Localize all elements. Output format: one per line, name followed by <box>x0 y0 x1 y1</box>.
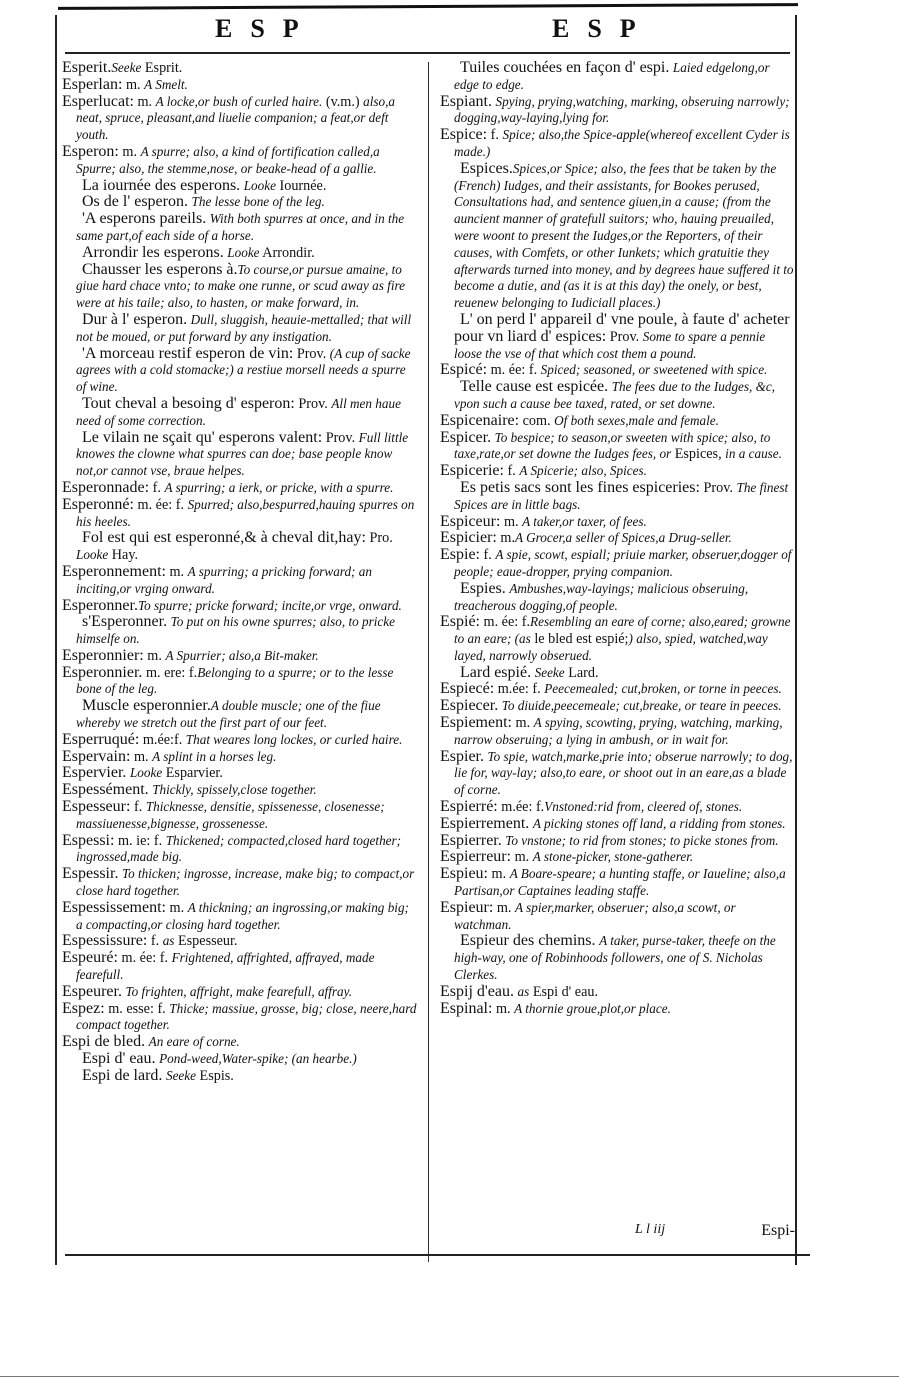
grammar: m. <box>497 530 515 546</box>
headword: s'Esperonner. <box>82 613 167 630</box>
gloss: To diuide,peecemeale; cut,breake, or tea… <box>502 698 782 713</box>
grammar: m. <box>493 900 515 916</box>
gloss: A spie, scowt, espiall; priuie marker, o… <box>454 547 791 579</box>
headword: Chausser les esperons à. <box>82 261 238 278</box>
headword: Telle cause est espicée. <box>460 378 608 395</box>
gloss: Pond-weed,Water-spike; (an hearbe.) <box>159 1051 357 1066</box>
dictionary-entry: Espessissement: m. A thickning; an ingro… <box>62 900 417 934</box>
headword: Muscle esperonnier. <box>82 697 211 714</box>
dictionary-entry: Espicenaire: com. Of both sexes,male and… <box>440 413 795 430</box>
gloss: Looke <box>76 547 108 562</box>
dictionary-entry: Espeurer. To frighten, affright, make fe… <box>62 984 417 1001</box>
crossref: Espis. <box>196 1068 234 1084</box>
gloss: Thickly, spissely,close together. <box>152 782 316 797</box>
headword: Espiement: <box>440 714 512 731</box>
crossref: Iournée. <box>276 178 326 194</box>
dictionary-entry: Espie: f. A spie, scowt, espiall; priuie… <box>440 547 795 581</box>
grammar: m. <box>122 77 144 93</box>
dictionary-entry: Espiecé: m.ée: f. Peecemealed; cut,broke… <box>440 681 795 698</box>
gloss: To spie, watch,marke,prie into; obserue … <box>454 749 792 798</box>
grammar: f. <box>504 463 519 479</box>
dictionary-entry: Esperlucat: m. A locke,or bush of curled… <box>62 94 417 144</box>
catchword: Espi- <box>761 1222 795 1240</box>
dictionary-entry: Le vilain ne sçait qu' esperons valent: … <box>62 430 417 480</box>
headword: Espicier: <box>440 529 497 546</box>
dictionary-entry: Espicé: m. ée: f. Spiced; seasoned, or s… <box>440 362 795 379</box>
gloss: A Spurrier; also,a Bit-maker. <box>165 648 318 663</box>
dictionary-entry: Fol est qui est esperonné,& à cheval dit… <box>62 530 417 564</box>
grammar: m. ée: f. <box>480 614 530 630</box>
headword: Espicé: <box>440 361 487 378</box>
grammar: Pro. <box>366 530 393 546</box>
headword: Espessi: <box>62 832 114 849</box>
signature-mark: L l iij <box>635 1222 665 1238</box>
gloss: A Grocer,a seller of Spices,a Drug-selle… <box>515 530 732 545</box>
headword: Le vilain ne sçait qu' esperons valent: <box>82 429 322 446</box>
grammar: m. <box>119 144 141 160</box>
headword: Espieur: <box>440 899 493 916</box>
headword: Espieu: <box>440 865 488 882</box>
headword: Espiceur: <box>440 513 500 530</box>
gloss: Spiced; seasoned, or sweetened with spic… <box>541 362 768 377</box>
headword: Esperit. <box>62 59 111 76</box>
grammar: m. <box>134 94 156 110</box>
dictionary-entry: Espicier: m.A Grocer,a seller of Spices,… <box>440 530 795 547</box>
crossref: Espesseur. <box>174 933 237 949</box>
headword: Espierrement. <box>440 815 529 832</box>
dictionary-entry: Espi d' eau. Pond-weed,Water-spike; (an … <box>62 1051 417 1068</box>
dictionary-entry: Arrondir les esperons. Looke Arrondir. <box>62 245 417 262</box>
grammar: m. esse: f. <box>105 1001 170 1017</box>
headword: Espicenaire: <box>440 412 519 429</box>
gloss: Spices,or Spice; also, the fees that be … <box>454 161 794 310</box>
grammar: m. <box>500 514 522 530</box>
gloss: Looke <box>227 245 259 260</box>
dictionary-entry: Espiceur: m. A taker,or taxer, of fees. <box>440 514 795 531</box>
grammar: m. ie: f. <box>114 833 165 849</box>
headword: Espiant. <box>440 93 492 110</box>
dictionary-entry: Esperlan: m. A Smelt. <box>62 77 417 94</box>
gloss: Spice; also,the Spice-apple(whereof exce… <box>454 127 790 159</box>
dictionary-entry: Tout cheval a besoing d' esperon: Prov. … <box>62 396 417 430</box>
grammar: m. <box>166 900 188 916</box>
gloss: To thicken; ingrosse, increase, make big… <box>76 866 414 898</box>
gloss: To vnstone; to rid from stones; to picke… <box>505 833 778 848</box>
gloss: Seeke <box>166 1068 196 1083</box>
headword: Espeurer. <box>62 983 122 1000</box>
gloss: Seeke <box>111 60 141 75</box>
dictionary-entry: Espice: f. Spice; also,the Spice-apple(w… <box>440 127 795 161</box>
right-column: Tuiles couchées en façon d' espi. Laied … <box>440 60 795 1017</box>
gloss: Vnstoned:rid from, cleered of, stones. <box>544 799 742 814</box>
headword: Espierrer. <box>440 832 502 849</box>
gloss: as <box>518 984 530 999</box>
headword: Esperlucat: <box>62 93 134 110</box>
headword: Espessissure: <box>62 932 147 949</box>
crossref: Esprit. <box>141 60 182 76</box>
dictionary-entry: L' on perd l' appareil d' vne poule, à f… <box>440 312 795 362</box>
crossref: le bled est espié; <box>531 631 629 647</box>
grammar: Prov. <box>606 329 643 345</box>
headword: Espies. <box>460 580 506 597</box>
grammar: Prov. <box>295 396 332 412</box>
headword: Espessément. <box>62 781 149 798</box>
grammar: f. <box>149 480 164 496</box>
dictionary-entry: Muscle esperonnier.A double muscle; one … <box>62 698 417 732</box>
grammar: m. ée: f. <box>134 497 188 513</box>
grammar: Prov. <box>293 346 330 362</box>
grammar: com. <box>519 413 554 429</box>
headword: Espicer. <box>440 429 491 446</box>
headword: Espi de lard. <box>82 1067 162 1084</box>
headword: Espesseur: <box>62 798 130 815</box>
gloss: Looke <box>244 178 276 193</box>
gloss-cont: in a cause. <box>725 446 782 461</box>
dictionary-entry: Esperon: m. A spurre; also, a kind of fo… <box>62 144 417 178</box>
grammar: f. <box>480 547 495 563</box>
headword: Os de l' esperon. <box>82 193 188 210</box>
dictionary-entry: Chausser les esperons à.To course,or pur… <box>62 262 417 312</box>
gloss: A splint in a horses leg. <box>152 749 276 764</box>
dictionary-entry: Dur à l' esperon. Dull, sluggish, heauie… <box>62 312 417 346</box>
dictionary-entry: La iournée des esperons. Looke Iournée. <box>62 178 417 195</box>
dictionary-entry: Tuiles couchées en façon d' espi. Laied … <box>440 60 795 94</box>
dictionary-entry: Esperit.Seeke Esprit. <box>62 60 417 77</box>
dictionary-entry: Esperonnier: m. A Spurrier; also,a Bit-m… <box>62 648 417 665</box>
grammar: Prov. <box>700 480 737 496</box>
gloss: A spurring; a ierk, or pricke, with a sp… <box>164 480 393 495</box>
crossref: Lard. <box>565 665 599 681</box>
grammar: m. <box>492 1001 514 1017</box>
gloss: Spying, prying,watching, marking, obseru… <box>454 94 790 126</box>
gloss: A Smelt. <box>144 77 188 92</box>
gloss: A locke,or bush of curled haire. <box>156 94 323 109</box>
headword: Esperon: <box>62 143 119 160</box>
headword: Dur à l' esperon. <box>82 311 187 328</box>
dictionary-entry: Telle cause est espicée. The fees due to… <box>440 379 795 413</box>
dictionary-entry: Es petis sacs sont les fines espiceries:… <box>440 480 795 514</box>
headword: Tout cheval a besoing d' esperon: <box>82 395 295 412</box>
header-rule <box>65 52 790 54</box>
headword: Espié: <box>440 613 480 630</box>
headword: Esperonnier. <box>62 664 142 681</box>
crossref: Esparvier. <box>162 765 223 781</box>
grammar: Prov. <box>322 430 359 446</box>
page-edge <box>0 1376 899 1377</box>
grammar: m. <box>130 749 152 765</box>
headword: Espessir. <box>62 865 118 882</box>
top-rule <box>58 3 798 10</box>
dictionary-entry: Espié: m. ée: f.Resembling an eare of co… <box>440 614 795 664</box>
grammar: m. <box>166 564 188 580</box>
gloss: The lesse bone of the leg. <box>192 194 325 209</box>
crossref: Espi d' eau. <box>529 984 598 1000</box>
gloss: Looke <box>130 765 162 780</box>
dictionary-entry: Espierré: m.ée: f.Vnstoned:rid from, cle… <box>440 799 795 816</box>
gloss: A stone-picker, stone-gatherer. <box>533 849 693 864</box>
running-head-right: ESP <box>552 14 654 44</box>
dictionary-entry: s'Esperonner. To put on his owne spurres… <box>62 614 417 648</box>
headword: Espi de bled. <box>62 1033 145 1050</box>
dictionary-entry: Esperonnade: f. A spurring; a ierk, or p… <box>62 480 417 497</box>
dictionary-entry: Espervier. Looke Esparvier. <box>62 765 417 782</box>
dictionary-entry: Esperonnier. m. ere: f.Belonging to a sp… <box>62 665 417 699</box>
headword: Esperonnade: <box>62 479 149 496</box>
dictionary-entry: Esperruqué: m.ée:f. That weares long loc… <box>62 732 417 749</box>
grammar: m. <box>511 849 533 865</box>
headword: Espierreur: <box>440 848 511 865</box>
dictionary-entry: Espierreur: m. A stone-picker, stone-gat… <box>440 849 795 866</box>
dictionary-entry: Espeuré: m. ée: f. Frightened, affrighte… <box>62 950 417 984</box>
crossref: (v.m.) <box>322 94 363 110</box>
frame-left-border <box>55 15 57 1265</box>
grammar: f. <box>487 127 502 143</box>
dictionary-entry: Espinal: m. A thornie groue,plot,or plac… <box>440 1001 795 1018</box>
headword: Espices. <box>460 160 513 177</box>
dictionary-entry: Esperonner.To spurre; pricke forward; in… <box>62 598 417 615</box>
running-head-left: ESP <box>215 14 317 44</box>
dictionary-entry: Espieu: m. A Boare-speare; a hunting sta… <box>440 866 795 900</box>
dictionary-entry: Espervain: m. A splint in a horses leg. <box>62 749 417 766</box>
grammar: m. ere: f. <box>142 665 197 681</box>
headword: La iournée des esperons. <box>82 177 240 194</box>
gloss: That weares long lockes, or curled haire… <box>186 732 403 747</box>
dictionary-entry: Espiant. Spying, prying,watching, markin… <box>440 94 795 128</box>
headword: Espice: <box>440 126 487 143</box>
dictionary-entry: Os de l' esperon. The lesse bone of the … <box>62 194 417 211</box>
headword: Espessissement: <box>62 899 166 916</box>
headword: Espiecé: <box>440 680 494 697</box>
headword: Espierré: <box>440 798 498 815</box>
headword: Esperonnement: <box>62 563 166 580</box>
dictionary-entry: Esperonné: m. ée: f. Spurred; also,bespu… <box>62 497 417 531</box>
headword: Fol est qui est esperonné,& à cheval dit… <box>82 529 366 546</box>
frame-right-border <box>795 15 797 1265</box>
grammar: m.ée: f. <box>498 799 544 815</box>
headword: Espieur des chemins. <box>460 932 596 949</box>
gloss: A taker,or taxer, of fees. <box>522 514 647 529</box>
dictionary-entry: Espiement: m. A spying, scowting, prying… <box>440 715 795 749</box>
dictionary-entry: Espessissure: f. as Espesseur. <box>62 933 417 950</box>
crossref: Espices, <box>671 446 725 462</box>
grammar: f. <box>130 799 145 815</box>
headword: Lard espié. <box>460 664 531 681</box>
dictionary-entry: Espi de lard. Seeke Espis. <box>62 1068 417 1085</box>
dictionary-entry: Espierrement. A picking stones off land,… <box>440 816 795 833</box>
gloss: A thornie groue,plot,or place. <box>514 1001 671 1016</box>
headword: Espiecer. <box>440 697 498 714</box>
grammar: m.ée:f. <box>139 732 185 748</box>
headword: Arrondir les esperons. <box>82 244 224 261</box>
page-footer: L l iij Espi- <box>440 1222 795 1242</box>
headword: Espeuré: <box>62 949 118 966</box>
headword: Esperonné: <box>62 496 134 513</box>
headword: Espier. <box>440 748 484 765</box>
dictionary-entry: Espicer. To bespice; to season,or sweete… <box>440 430 795 464</box>
headword: Esperruqué: <box>62 731 139 748</box>
dictionary-entry: Espices.Spices,or Spice; also, the fees … <box>440 161 795 312</box>
grammar: m. <box>512 715 534 731</box>
gloss: An eare of corne. <box>149 1034 240 1049</box>
grammar: m.ée: f. <box>494 681 544 697</box>
headword: 'A esperons pareils. <box>82 210 206 227</box>
gloss: Seeke <box>535 665 565 680</box>
dictionary-entry: 'A esperons pareils. With both spurres a… <box>62 211 417 245</box>
headword: Espervier. <box>62 764 126 781</box>
grammar: f. <box>147 933 162 949</box>
column-divider <box>428 62 429 1262</box>
dictionary-entry: Espierrer. To vnstone; to rid from stone… <box>440 833 795 850</box>
dictionary-entry: Espessir. To thicken; ingrosse, increase… <box>62 866 417 900</box>
grammar: m. <box>488 866 510 882</box>
dictionary-entry: Lard espié. Seeke Lard. <box>440 665 795 682</box>
headword: Espie: <box>440 546 480 563</box>
headword: Tuiles couchées en façon d' espi. <box>460 59 669 76</box>
grammar: m. <box>144 648 166 664</box>
gloss: To frighten, affright, make fearefull, a… <box>126 984 353 999</box>
gloss: A picking stones off land, a ridding fro… <box>533 816 786 831</box>
headword: Esperonner. <box>62 597 138 614</box>
crossref: Arrondir. <box>260 245 315 261</box>
headword: 'A morceau restif esperon de vin: <box>82 345 293 362</box>
dictionary-entry: Espicerie: f. A Spicerie; also, Spices. <box>440 463 795 480</box>
dictionary-entry: Espessi: m. ie: f. Thickened; compacted,… <box>62 833 417 867</box>
dictionary-entry: Espij d'eau. as Espi d' eau. <box>440 984 795 1001</box>
gloss: A Spicerie; also, Spices. <box>519 463 647 478</box>
headword: Espij d'eau. <box>440 983 514 1000</box>
dictionary-entry: Espieur des chemins. A taker, purse-take… <box>440 933 795 983</box>
headword: Espi d' eau. <box>82 1050 156 1067</box>
dictionary-entry: Espieur: m. A spier,marker, obseruer; al… <box>440 900 795 934</box>
gloss: as <box>163 933 175 948</box>
headword: Esperonnier: <box>62 647 144 664</box>
gloss: To spurre; pricke forward; incite,or vrg… <box>138 598 402 613</box>
headword: Esperlan: <box>62 76 122 93</box>
crossref: Hay. <box>108 547 138 563</box>
bottom-rule <box>65 1254 810 1256</box>
dictionary-entry: Espez: m. esse: f. Thicke; massiue, gros… <box>62 1001 417 1035</box>
gloss: Of both sexes,male and female. <box>554 413 719 428</box>
dictionary-entry: Espessément. Thickly, spissely,close tog… <box>62 782 417 799</box>
dictionary-entry: Espiecer. To diuide,peecemeale; cut,brea… <box>440 698 795 715</box>
dictionary-entry: Espesseur: f. Thicknesse, densitie, spis… <box>62 799 417 833</box>
dictionary-entry: Esperonnement: m. A spurring; a pricking… <box>62 564 417 598</box>
gloss: Peecemealed; cut,broken, or torne in pee… <box>544 681 782 696</box>
headword: Espervain: <box>62 748 130 765</box>
headword: Es petis sacs sont les fines espiceries: <box>460 479 700 496</box>
left-column: Esperit.Seeke Esprit.Esperlan: m. A Smel… <box>62 60 417 1085</box>
grammar: m. ée: f. <box>487 362 541 378</box>
dictionary-entry: Espi de bled. An eare of corne. <box>62 1034 417 1051</box>
dictionary-entry: Espier. To spie, watch,marke,prie into; … <box>440 749 795 799</box>
grammar: m. ée: f. <box>118 950 172 966</box>
headword: Espicerie: <box>440 462 504 479</box>
headword: Espez: <box>62 1000 105 1017</box>
dictionary-entry: Espies. Ambushes,way-layings; malicious … <box>440 581 795 615</box>
headword: Espinal: <box>440 1000 492 1017</box>
dictionary-entry: 'A morceau restif esperon de vin: Prov. … <box>62 346 417 396</box>
